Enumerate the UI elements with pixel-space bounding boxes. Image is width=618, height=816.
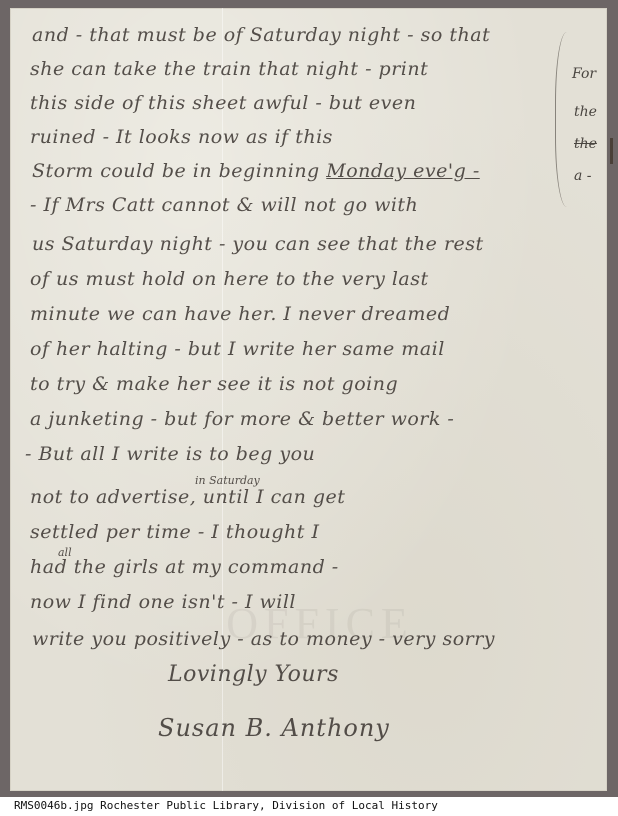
letter-line-18: write you positively - as to money - ver…: [32, 628, 495, 650]
margin-note-3: the: [574, 136, 597, 152]
letter-line-4: ruined - It looks now as if this: [30, 126, 333, 148]
letter-line-17: now I find one isn't - I will: [30, 591, 296, 613]
letter-line-14: not to advertise, until I can get: [30, 486, 345, 508]
letter-line-6: - If Mrs Catt cannot & will not go with: [30, 194, 418, 216]
letter-line-3: this side of this sheet awful - but even: [30, 92, 416, 114]
letter-line-16: had the girls at my command -: [30, 556, 339, 578]
scan-frame: OFFICE and - that must be of Saturday ni…: [0, 0, 618, 797]
letter-line-5: Storm could be in beginning Monday eve'g…: [32, 160, 480, 182]
image-caption: RMS0046b.jpg Rochester Public Library, D…: [14, 799, 438, 812]
letter-line-1: and - that must be of Saturday night - s…: [32, 24, 490, 46]
letter-line-7: us Saturday night - you can see that the…: [32, 233, 484, 255]
letter-page: OFFICE and - that must be of Saturday ni…: [10, 8, 607, 791]
letter-line-5-prefix: Storm could be in beginning: [32, 160, 320, 182]
letter-line-15: settled per time - I thought I: [30, 521, 319, 543]
margin-note-1: For: [572, 66, 596, 82]
letter-line-2: she can take the train that night - prin…: [30, 58, 428, 80]
margin-note-4: a -: [574, 168, 592, 184]
edge-ink-mark: [610, 138, 613, 164]
letter-line-10: of her halting - but I write her same ma…: [30, 338, 445, 360]
margin-note-2: the: [574, 104, 597, 120]
letter-closing: Lovingly Yours: [168, 662, 339, 687]
letter-signature: Susan B. Anthony: [158, 714, 390, 742]
letter-line-11: to try & make her see it is not going: [30, 373, 398, 395]
letter-line-13: - But all I write is to beg you: [25, 443, 315, 465]
letter-line-12: a junketing - but for more & better work…: [30, 408, 454, 430]
letter-line-8: of us must hold on here to the very last: [30, 268, 429, 290]
letter-line-9: minute we can have her. I never dreamed: [30, 303, 450, 325]
letter-line-5-underlined: Monday eve'g -: [326, 160, 479, 182]
